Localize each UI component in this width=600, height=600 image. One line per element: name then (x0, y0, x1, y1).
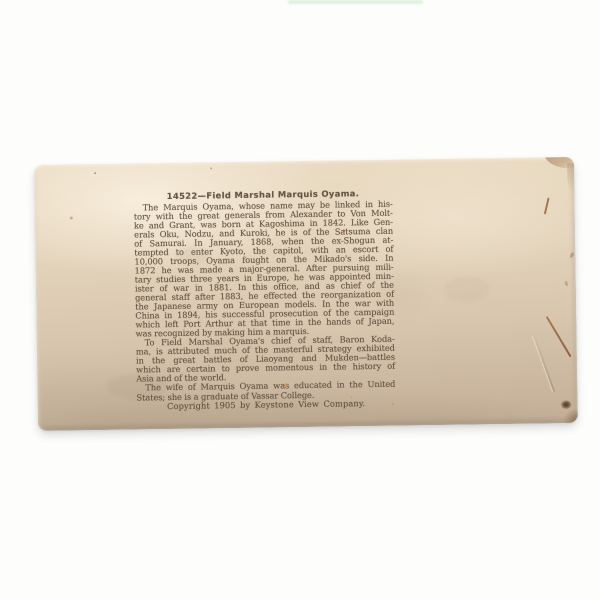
ink-spot (561, 400, 572, 409)
foxing-speck (210, 167, 212, 169)
scratch-mark (569, 252, 575, 259)
foxing-speck (351, 396, 353, 398)
scan-artifact-smudge (288, 0, 423, 4)
crease-line (533, 335, 555, 392)
corner-chip (567, 163, 577, 193)
foxing-speck (70, 216, 73, 219)
foxing-speck (284, 383, 287, 386)
copyright-line: Copyright 1905 by Keystone View Company. (137, 398, 396, 411)
corner-chip (564, 409, 578, 423)
scratch-mark (564, 281, 568, 287)
foxing-speck (94, 172, 96, 174)
aging-smudge (444, 276, 490, 303)
card-text-block: 14522—Field Marshal Marquis Oyama. The M… (133, 189, 395, 411)
scratch-mark (546, 316, 572, 357)
stereoview-card-back: 14522—Field Marshal Marquis Oyama. The M… (34, 157, 578, 431)
foxing-speck (343, 229, 345, 232)
photo-background: 14522—Field Marshal Marquis Oyama. The M… (0, 0, 600, 600)
scratch-mark (544, 197, 549, 214)
